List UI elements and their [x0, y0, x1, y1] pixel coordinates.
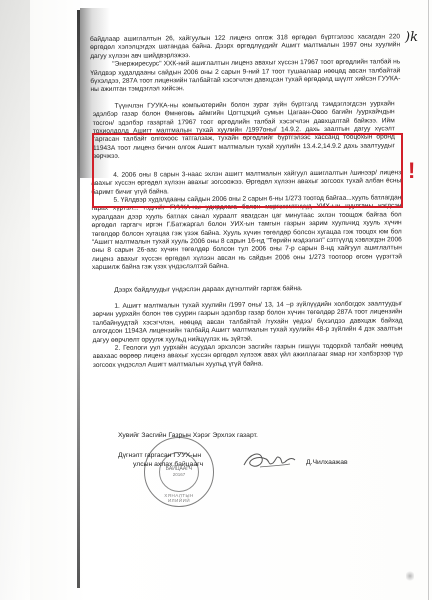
- recipient-organization: Хувийг Засгийн Газрын Хэрэг Эрхлэх газар…: [118, 432, 258, 439]
- exclamation-mark-annotation: !: [408, 158, 415, 184]
- stamp-title: БАЙЦААГЧ: [166, 466, 193, 472]
- signer-role-line2: улсын ахлах байцаагч: [133, 461, 203, 468]
- scan-artifact: [406, 570, 414, 582]
- highlight-box: [92, 133, 403, 208]
- conclusion-1: 1. Ашигт малтмалын тухай хуулийн /1997 о…: [92, 300, 402, 345]
- paragraph-2: "Энержиресурс" ХХК-ний ашиглалтын лиценз…: [90, 59, 400, 95]
- stamp-number: 20167: [173, 472, 186, 478]
- handwritten-signature-icon: [240, 449, 298, 471]
- page-fold-shadow: [0, 0, 30, 600]
- signer-name: Д.Чилхаажав: [306, 459, 348, 466]
- stamp-ring-text: ХЯНАЛТЫН ИЛИЙИЙ: [153, 493, 205, 503]
- conclusion-2: 2. Геологи уул уурхайн асуудал эрхэлсэн …: [93, 342, 403, 370]
- official-stamp: БАЙЦААГЧ 20167 ХЯНАЛТЫН ИЛИЙИЙ: [144, 437, 214, 507]
- stamp-center: БАЙЦААГЧ 20167: [159, 452, 199, 492]
- page-edge: [428, 0, 429, 600]
- page-number-mark: )k: [405, 30, 418, 45]
- conclusion-intro: Дээрх байдлуудыг үндэслэн дараах дүгнэлт…: [92, 284, 402, 295]
- paragraph-1: байдлаар ашиглалтын 26, хайгуулын 122 ли…: [90, 33, 400, 61]
- scanned-page: )k байдлаар ашиглалтын 26, хайгуулын 122…: [0, 0, 432, 600]
- signer-role-line1: Дүгнэлт гаргасан ГУУХ-ын: [118, 452, 201, 459]
